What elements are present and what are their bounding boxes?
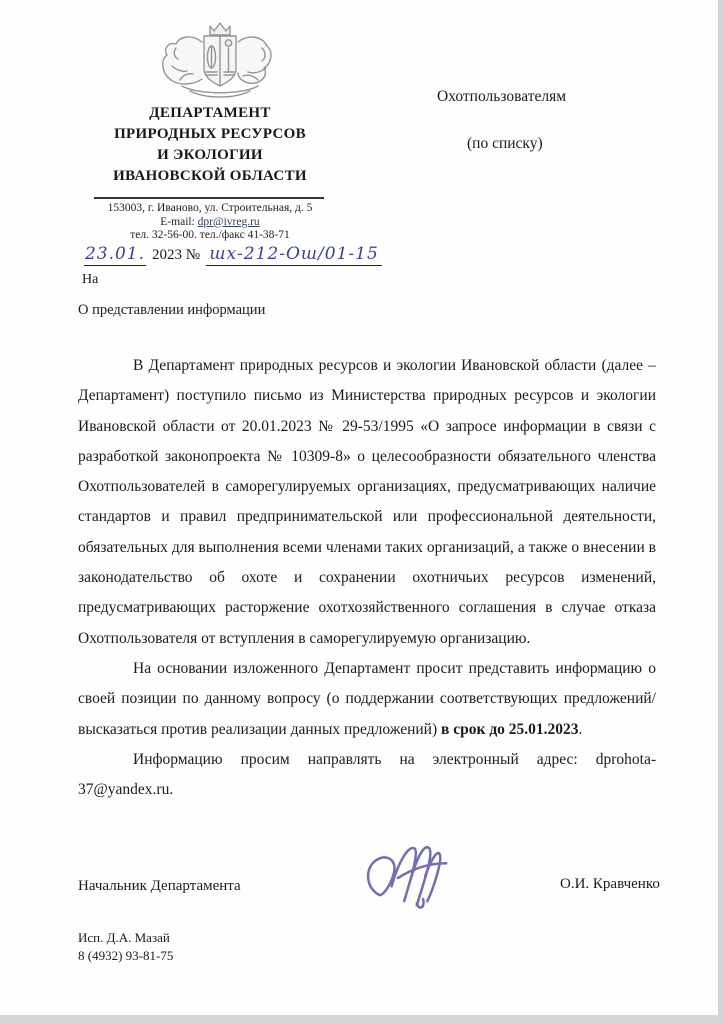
paragraph-2: На основании изложенного Департамент про… [78,654,656,745]
letterhead-divider [94,197,324,199]
org-name-line: И ЭКОЛОГИИ [60,145,360,166]
handwritten-outgoing-number: шх-212-Ош/01-15 [206,244,382,266]
reference-row: 23.01.2023 №шх-212-Ош/01-15 [84,244,382,266]
org-email: dpr@ivreg.ru [198,216,260,228]
signer-position: Начальник Департамента [78,878,241,895]
letter-subject: О представлении информации [78,302,265,319]
handwritten-date: 23.01. [84,244,146,266]
reply-to-label: На [82,272,98,288]
scanned-letter-page: ДЕПАРТАМЕНТ ПРИРОДНЫХ РЕСУРСОВ И ЭКОЛОГИ… [0,0,724,1024]
org-name: ДЕПАРТАМЕНТ ПРИРОДНЫХ РЕСУРСОВ И ЭКОЛОГИ… [60,103,360,187]
paragraph-3: Информацию просим направлять на электрон… [78,745,656,806]
email-label: E-mail: [160,216,197,228]
recipient-block: Охотпользователям (по списку) [437,88,566,153]
org-name-line: ПРИРОДНЫХ РЕСУРСОВ [60,124,360,145]
org-name-line: ДЕПАРТАМЕНТ [60,103,360,124]
org-name-line: ИВАНОВСКОЙ ОБЛАСТИ [60,166,360,187]
paragraph-2-deadline: в срок до 25.01.2023 [441,721,579,738]
org-email-line: E-mail: dpr@ivreg.ru [40,216,380,230]
recipient-line2: (по списку) [467,135,566,153]
executor-block: Исп. Д.А. Мазай 8 (4932) 93-81-75 [78,929,173,964]
coat-of-arms-icon [150,22,290,102]
paragraph-2-tail: . [579,721,583,738]
executor-phone: 8 (4932) 93-81-75 [78,947,173,965]
org-phones: тел. 32-56-00. тел./факс 41-38-71 [40,229,380,243]
recipient-line1: Охотпользователям [437,88,566,106]
executor-name: Исп. Д.А. Мазай [78,929,173,947]
printed-year-number-sign: 2023 № [146,247,206,263]
org-address: 153003, г. Иваново, ул. Строительная, д.… [40,202,380,216]
letter-body: В Департамент природных ресурсов и эколо… [78,351,656,805]
signer-name: О.И. Кравченко [560,876,660,893]
letterhead-contacts: 153003, г. Иваново, ул. Строительная, д.… [40,202,380,243]
paragraph-1: В Департамент природных ресурсов и эколо… [78,351,656,654]
signature-icon [348,836,473,920]
